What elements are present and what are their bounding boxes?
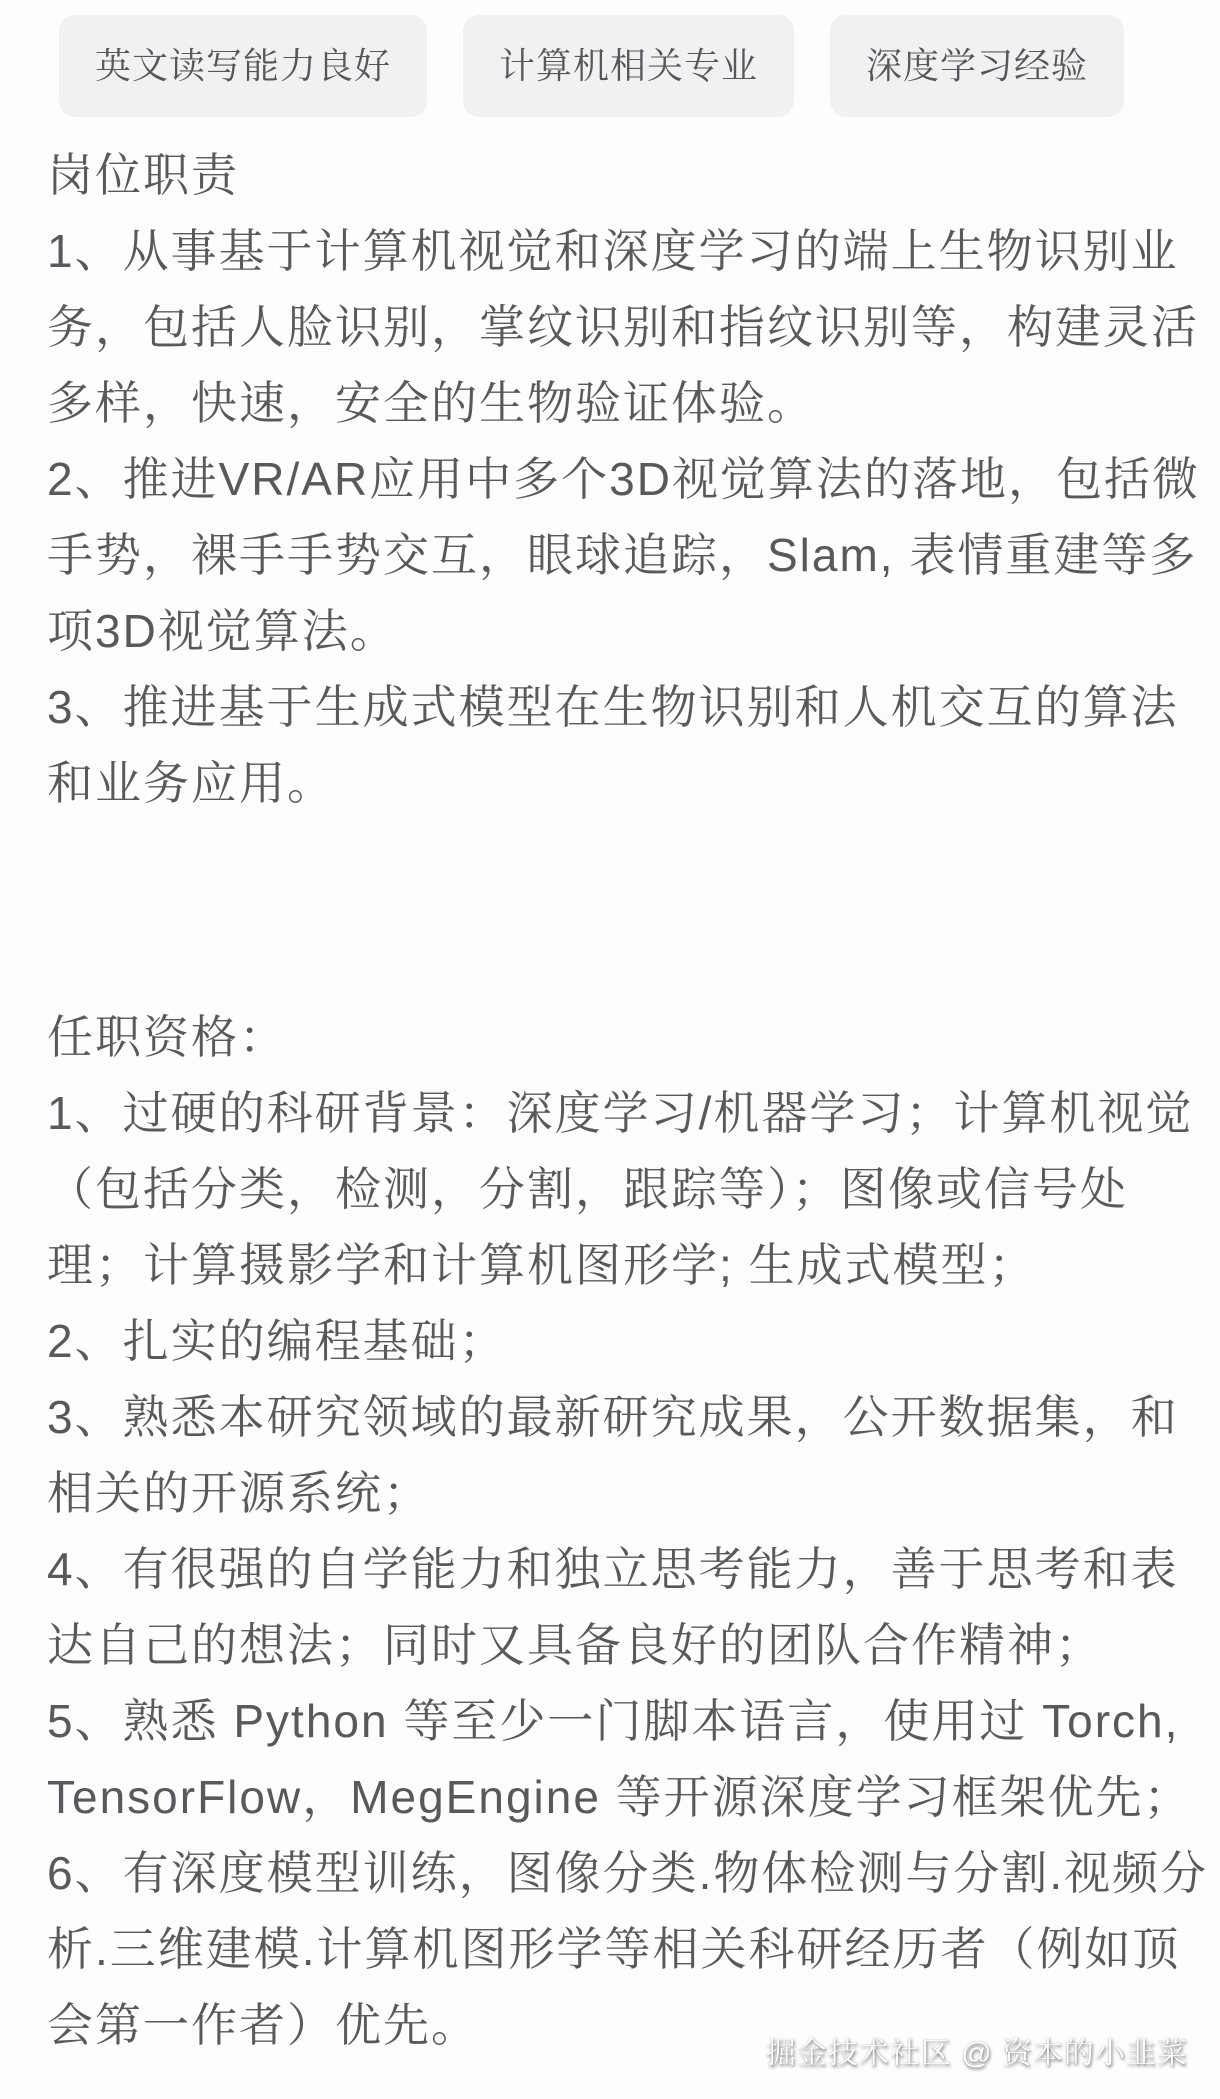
qualifications-heading: 任职资格： — [47, 999, 1190, 1075]
text-line: 3、熟悉本研究领域的最新研究成果，公开数据集，和 — [47, 1379, 1190, 1455]
responsibilities-heading: 岗位职责 — [47, 137, 1190, 213]
skill-tag-1: 计算机相关专业 — [463, 15, 794, 117]
text-line: 2、扎实的编程基础； — [47, 1303, 1190, 1379]
text-line: 理；计算摄影学和计算机图形学; 生成式模型； — [47, 1227, 1190, 1303]
skill-tags: 英文读写能力良好计算机相关专业深度学习经验 — [59, 15, 1124, 117]
text-line: 6、有深度模型训练，图像分类.物体检测与分割.视频分 — [47, 1835, 1190, 1911]
text-line: 4、有很强的自学能力和独立思考能力，善于思考和表 — [47, 1531, 1190, 1607]
text-line: 多样，快速，安全的生物验证体验。 — [47, 365, 1190, 441]
text-line: 务，包括人脸识别，掌纹识别和指纹识别等，构建灵活 — [47, 289, 1190, 365]
text-line: TensorFlow，MegEngine 等开源深度学习框架优先； — [47, 1759, 1190, 1835]
text-line: 2、推进VR/AR应用中多个3D视觉算法的落地，包括微 — [47, 441, 1190, 517]
skill-tag-0: 英文读写能力良好 — [59, 15, 427, 117]
text-line: 1、从事基于计算机视觉和深度学习的端上生物识别业 — [47, 213, 1190, 289]
text-line: 析.三维建模.计算机图形学等相关科研经历者（例如顶 — [47, 1911, 1190, 1987]
watermark: 掘金技术社区 @ 资本的小韭菜 — [766, 2028, 1188, 2072]
text-line: （包括分类，检测，分割，跟踪等）；图像或信号处 — [47, 1151, 1190, 1227]
text-line: 手势，裸手手势交互，眼球追踪，Slam, 表情重建等多 — [47, 517, 1190, 593]
text-line: 1、过硬的科研背景：深度学习/机器学习；计算机视觉 — [47, 1075, 1190, 1151]
text-line: 3、推进基于生成式模型在生物识别和人机交互的算法 — [47, 669, 1190, 745]
skill-tag-2: 深度学习经验 — [830, 15, 1124, 117]
text-line: 达自己的想法；同时又具备良好的团队合作精神； — [47, 1607, 1190, 1683]
qualifications-section: 任职资格：1、过硬的科研背景：深度学习/机器学习；计算机视觉（包括分类，检测，分… — [47, 999, 1190, 2063]
responsibilities-section: 岗位职责1、从事基于计算机视觉和深度学习的端上生物识别业务，包括人脸识别，掌纹识… — [47, 137, 1190, 821]
job-description: 岗位职责1、从事基于计算机视觉和深度学习的端上生物识别业务，包括人脸识别，掌纹识… — [47, 137, 1190, 2063]
text-line: 和业务应用。 — [47, 745, 1190, 821]
text-line: 相关的开源系统； — [47, 1455, 1190, 1531]
text-line: 5、熟悉 Python 等至少一门脚本语言，使用过 Torch, — [47, 1683, 1190, 1759]
text-line: 项3D视觉算法。 — [47, 593, 1190, 669]
